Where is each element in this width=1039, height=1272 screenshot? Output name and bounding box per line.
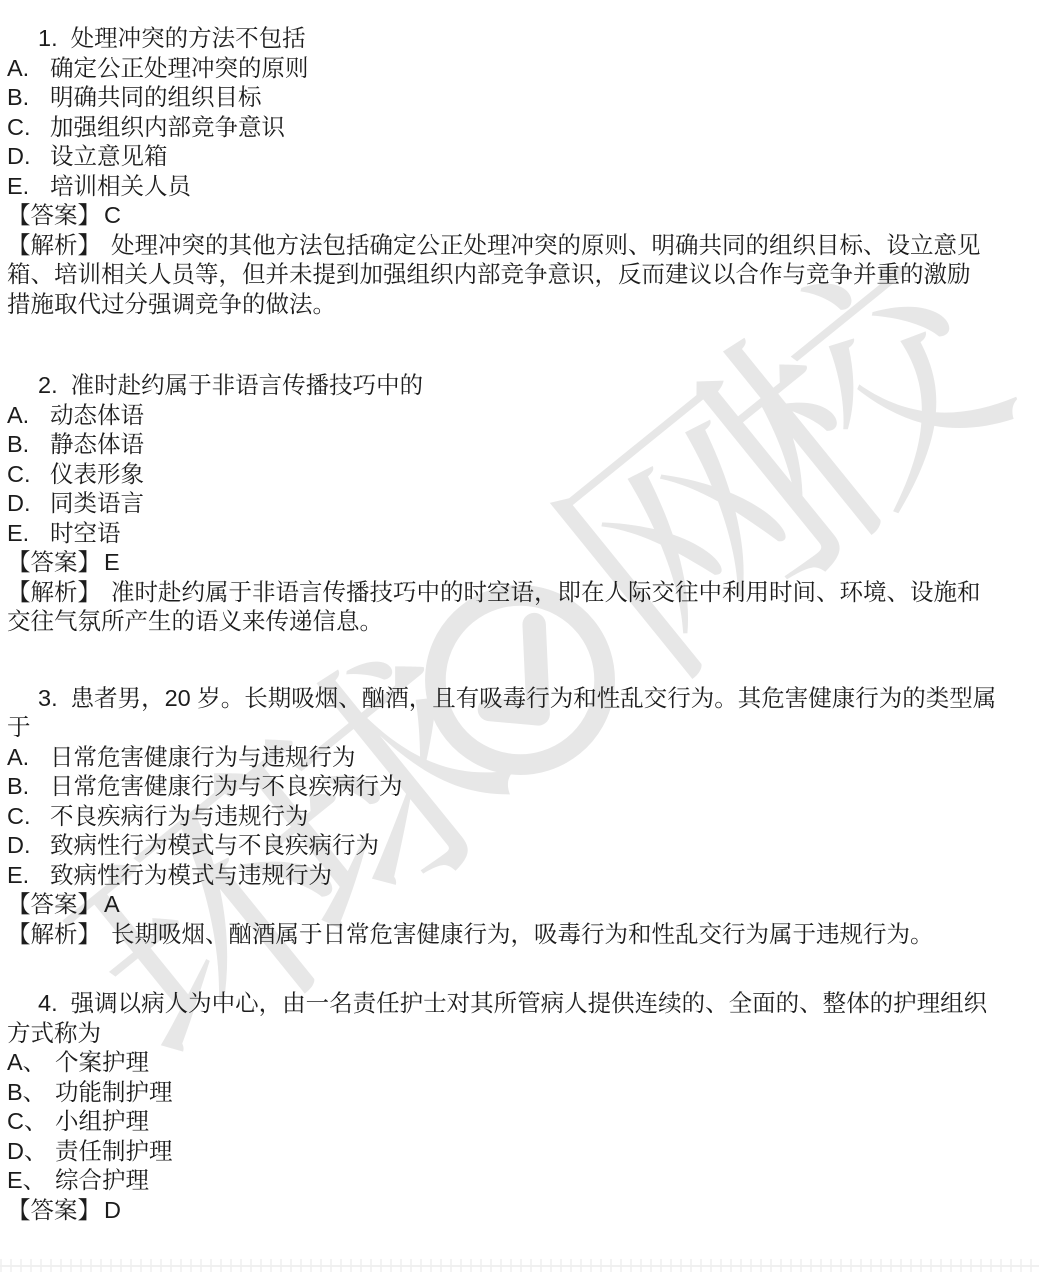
- answer-label: 【答案】: [7, 549, 101, 575]
- option-row-C: C、小组护理: [0, 1107, 1039, 1137]
- option-text: 设立意见箱: [50, 143, 168, 169]
- option-label: C.: [7, 460, 50, 490]
- question-block-1: 1.处理冲突的方法不包括A.确定公正处理冲突的原则B.明确共同的组织目标C.加强…: [0, 24, 1039, 319]
- option-row-D: D.致病性行为模式与不良疾病行为: [0, 831, 1039, 861]
- option-text: 明确共同的组织目标: [50, 84, 262, 110]
- option-row-A: A.动态体语: [0, 401, 1039, 431]
- option-text: 责任制护理: [55, 1138, 173, 1164]
- option-text: 动态体语: [50, 402, 144, 428]
- option-text: 小组护理: [55, 1108, 149, 1134]
- option-text: 加强组织内部竞争意识: [50, 114, 285, 140]
- document-page: 环 球 网 校 1.处理冲突的方法不包括A.确定公正处理冲突的原则B.明确共同的…: [0, 0, 1039, 1272]
- question-stem: 2.准时赴约属于非语言传播技巧中的: [0, 371, 1039, 401]
- question-stem-text: 患者男，20 岁。长期吸烟、酗酒，且有吸毒行为和性乱交行为。其危害健康行为的类型…: [71, 685, 997, 711]
- option-row-E: E、综合护理: [0, 1166, 1039, 1196]
- option-text: 确定公正处理冲突的原则: [50, 55, 309, 81]
- option-label: A.: [7, 54, 50, 84]
- option-row-D: D.设立意见箱: [0, 142, 1039, 172]
- option-row-B: B.日常危害健康行为与不良疾病行为: [0, 772, 1039, 802]
- question-stem-text: 准时赴约属于非语言传播技巧中的: [71, 372, 424, 398]
- question-block-2: 2.准时赴约属于非语言传播技巧中的A.动态体语B.静态体语C.仪表形象D.同类语…: [0, 371, 1039, 637]
- question-stem-continuation: 方式称为: [0, 1019, 1039, 1049]
- answer-row: 【答案】C: [0, 201, 1039, 231]
- option-text: 培训相关人员: [50, 173, 191, 199]
- answer-label: 【答案】: [7, 891, 101, 917]
- question-stem: 1.处理冲突的方法不包括: [0, 24, 1039, 54]
- option-row-E: E.时空语: [0, 519, 1039, 549]
- answer-row: 【答案】D: [0, 1196, 1039, 1226]
- analysis-label: 【解析】: [7, 232, 101, 258]
- option-label: D.: [7, 142, 50, 172]
- option-row-A: A、个案护理: [0, 1048, 1039, 1078]
- option-label: C、: [7, 1107, 55, 1137]
- question-stem-text: 强调以病人为中心，由一名责任护士对其所管病人提供连续的、全面的、整体的护理组织: [71, 990, 988, 1016]
- question-number: 2.: [38, 371, 58, 401]
- answer-value: E: [104, 549, 120, 575]
- option-label: E、: [7, 1166, 55, 1196]
- option-text: 功能制护理: [55, 1079, 173, 1105]
- answer-value: A: [104, 891, 120, 917]
- option-row-E: E.培训相关人员: [0, 172, 1039, 202]
- option-text: 致病性行为模式与不良疾病行为: [50, 832, 379, 858]
- document-content: 1.处理冲突的方法不包括A.确定公正处理冲突的原则B.明确共同的组织目标C.加强…: [0, 0, 1039, 1272]
- answer-value: C: [104, 202, 121, 228]
- option-row-E: E.致病性行为模式与违规行为: [0, 861, 1039, 891]
- analysis-row: 【解析】准时赴约属于非语言传播技巧中的时空语，即在人际交往中利用时间、环境、设施…: [0, 578, 1039, 608]
- option-label: B、: [7, 1078, 55, 1108]
- option-text: 同类语言: [50, 490, 144, 516]
- answer-row: 【答案】A: [0, 890, 1039, 920]
- analysis-continuation: 措施取代过分强调竞争的做法。: [0, 290, 1039, 320]
- analysis-continuation: 交往气氛所产生的语义来传递信息。: [0, 607, 1039, 637]
- option-text: 致病性行为模式与违规行为: [50, 862, 332, 888]
- option-label: B.: [7, 772, 50, 802]
- question-number: 1.: [38, 24, 58, 54]
- option-text: 个案护理: [55, 1049, 149, 1075]
- option-label: A.: [7, 743, 50, 773]
- option-row-B: B、功能制护理: [0, 1078, 1039, 1108]
- option-row-C: C.不良疾病行为与违规行为: [0, 802, 1039, 832]
- option-label: E.: [7, 861, 50, 891]
- analysis-text: 长期吸烟、酗酒属于日常危害健康行为，吸毒行为和性乱交行为属于违规行为。: [111, 921, 934, 947]
- question-block-4: 4.强调以病人为中心，由一名责任护士对其所管病人提供连续的、全面的、整体的护理组…: [0, 989, 1039, 1225]
- option-label: C.: [7, 802, 50, 832]
- question-stem: 4.强调以病人为中心，由一名责任护士对其所管病人提供连续的、全面的、整体的护理组…: [0, 989, 1039, 1019]
- analysis-label: 【解析】: [7, 579, 101, 605]
- option-label: D.: [7, 831, 50, 861]
- question-stem: 3.患者男，20 岁。长期吸烟、酗酒，且有吸毒行为和性乱交行为。其危害健康行为的…: [0, 684, 1039, 714]
- option-label: A、: [7, 1048, 55, 1078]
- option-text: 日常危害健康行为与不良疾病行为: [50, 773, 403, 799]
- option-text: 综合护理: [55, 1167, 149, 1193]
- question-stem-continuation: 于: [0, 713, 1039, 743]
- option-row-B: B.明确共同的组织目标: [0, 83, 1039, 113]
- option-row-C: C.仪表形象: [0, 460, 1039, 490]
- answer-value: D: [104, 1197, 121, 1223]
- option-text: 静态体语: [50, 431, 144, 457]
- option-text: 日常危害健康行为与违规行为: [50, 744, 356, 770]
- option-text: 时空语: [50, 520, 121, 546]
- option-row-B: B.静态体语: [0, 430, 1039, 460]
- analysis-row: 【解析】长期吸烟、酗酒属于日常危害健康行为，吸毒行为和性乱交行为属于违规行为。: [0, 920, 1039, 950]
- option-text: 不良疾病行为与违规行为: [50, 803, 309, 829]
- analysis-label: 【解析】: [7, 921, 101, 947]
- analysis-text: 处理冲突的其他方法包括确定公正处理冲突的原则、明确共同的组织目标、设立意见: [111, 232, 981, 258]
- option-label: A.: [7, 401, 50, 431]
- question-stem-text: 处理冲突的方法不包括: [71, 25, 306, 51]
- answer-label: 【答案】: [7, 202, 101, 228]
- option-label: D.: [7, 489, 50, 519]
- option-label: C.: [7, 113, 50, 143]
- answer-row: 【答案】E: [0, 548, 1039, 578]
- analysis-row: 【解析】处理冲突的其他方法包括确定公正处理冲突的原则、明确共同的组织目标、设立意…: [0, 231, 1039, 261]
- option-row-D: D、责任制护理: [0, 1137, 1039, 1167]
- option-label: B.: [7, 83, 50, 113]
- question-block-3: 3.患者男，20 岁。长期吸烟、酗酒，且有吸毒行为和性乱交行为。其危害健康行为的…: [0, 684, 1039, 950]
- question-number: 3.: [38, 684, 58, 714]
- option-row-A: A.确定公正处理冲突的原则: [0, 54, 1039, 84]
- analysis-text: 准时赴约属于非语言传播技巧中的时空语，即在人际交往中利用时间、环境、设施和: [111, 579, 981, 605]
- option-label: E.: [7, 172, 50, 202]
- option-row-D: D.同类语言: [0, 489, 1039, 519]
- option-label: E.: [7, 519, 50, 549]
- option-label: D、: [7, 1137, 55, 1167]
- option-row-A: A.日常危害健康行为与违规行为: [0, 743, 1039, 773]
- option-label: B.: [7, 430, 50, 460]
- answer-label: 【答案】: [7, 1197, 101, 1223]
- option-text: 仪表形象: [50, 461, 144, 487]
- question-number: 4.: [38, 989, 58, 1019]
- analysis-continuation: 箱、培训相关人员等，但并未提到加强组织内部竞争意识，反而建议以合作与竞争并重的激…: [0, 260, 1039, 290]
- option-row-C: C.加强组织内部竞争意识: [0, 113, 1039, 143]
